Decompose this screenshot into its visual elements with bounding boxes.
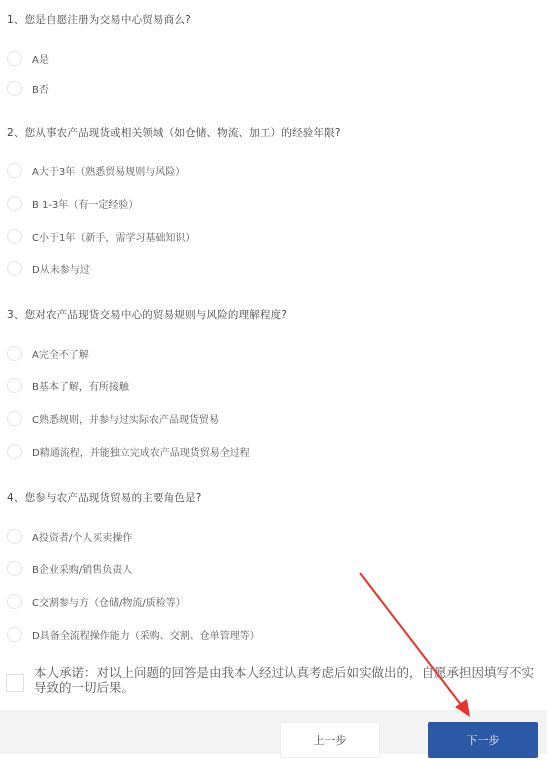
q4-option-c[interactable]: C交割参与方（仓储/物流/质检等）: [7, 593, 186, 609]
radio-button[interactable]: [7, 594, 22, 609]
radio-button[interactable]: [7, 561, 22, 576]
option-label: B否: [32, 81, 49, 96]
q3-option-d[interactable]: D精通流程，并能独立完成农产品现货贸易全过程: [7, 443, 250, 459]
q3-option-a[interactable]: A完全不了解: [7, 345, 89, 361]
option-label: B 1-3年（有一定经验）: [32, 196, 138, 211]
q2-option-d[interactable]: D从未参与过: [7, 260, 90, 276]
pledge-text: 本人承诺：对以上问题的回答是由我本人经过认真考虑后如实做出的，自愿承担因填写不实…: [34, 665, 534, 695]
radio-button[interactable]: [7, 378, 22, 393]
option-label: D具备全流程操作能力（采购、交割、仓单管理等）: [32, 627, 260, 642]
radio-button[interactable]: [7, 51, 22, 66]
q3-option-c[interactable]: C熟悉规则，并参与过实际农产品现货贸易: [7, 410, 219, 426]
q4-option-a[interactable]: A投资者/个人买卖操作: [7, 528, 132, 544]
q2-option-c[interactable]: C小于1年（新手，需学习基础知识）: [7, 228, 195, 244]
question-1-title: 1、您是自愿注册为交易中心贸易商么?: [7, 12, 191, 27]
radio-button[interactable]: [7, 346, 22, 361]
radio-button[interactable]: [7, 444, 22, 459]
option-label: A投资者/个人买卖操作: [32, 529, 132, 544]
q1-option-a[interactable]: A是: [7, 50, 49, 66]
option-label: D从未参与过: [32, 261, 90, 276]
option-label: A是: [32, 51, 49, 66]
option-label: A大于3年（熟悉贸易规则与风险）: [32, 163, 185, 178]
pledge-checkbox[interactable]: [6, 674, 24, 692]
radio-button[interactable]: [7, 627, 22, 642]
radio-button[interactable]: [7, 411, 22, 426]
radio-button[interactable]: [7, 261, 22, 276]
question-3-title: 3、您对农产品现货交易中心的贸易规则与风险的理解程度?: [7, 307, 287, 322]
option-label: C熟悉规则，并参与过实际农产品现货贸易: [32, 411, 219, 426]
radio-button[interactable]: [7, 229, 22, 244]
question-4-title: 4、您参与农产品现货贸易的主要角色是?: [7, 490, 202, 505]
radio-button[interactable]: [7, 196, 22, 211]
option-label: D精通流程，并能独立完成农产品现货贸易全过程: [32, 444, 250, 459]
option-label: C小于1年（新手，需学习基础知识）: [32, 229, 195, 244]
footer-bar: 上一步 下一步: [0, 710, 547, 754]
q4-option-b[interactable]: B企业采购/销售负责人: [7, 560, 132, 576]
prev-step-button[interactable]: 上一步: [280, 722, 380, 758]
radio-button[interactable]: [7, 529, 22, 544]
option-label: C交割参与方（仓储/物流/质检等）: [32, 594, 186, 609]
q2-option-b[interactable]: B 1-3年（有一定经验）: [7, 195, 138, 211]
radio-button[interactable]: [7, 81, 22, 96]
next-step-button[interactable]: 下一步: [428, 722, 538, 758]
q2-option-a[interactable]: A大于3年（熟悉贸易规则与风险）: [7, 162, 185, 178]
pledge-agreement[interactable]: 本人承诺：对以上问题的回答是由我本人经过认真考虑后如实做出的，自愿承担因填写不实…: [6, 665, 546, 695]
option-label: B基本了解，有所接触: [32, 378, 129, 393]
radio-button[interactable]: [7, 163, 22, 178]
q3-option-b[interactable]: B基本了解，有所接触: [7, 377, 129, 393]
q1-option-b[interactable]: B否: [7, 80, 49, 96]
question-2-title: 2、您从事农产品现货或相关领域（如仓储、物流、加工）的经验年限?: [7, 125, 341, 140]
option-label: B企业采购/销售负责人: [32, 561, 132, 576]
option-label: A完全不了解: [32, 346, 89, 361]
q4-option-d[interactable]: D具备全流程操作能力（采购、交割、仓单管理等）: [7, 626, 260, 642]
